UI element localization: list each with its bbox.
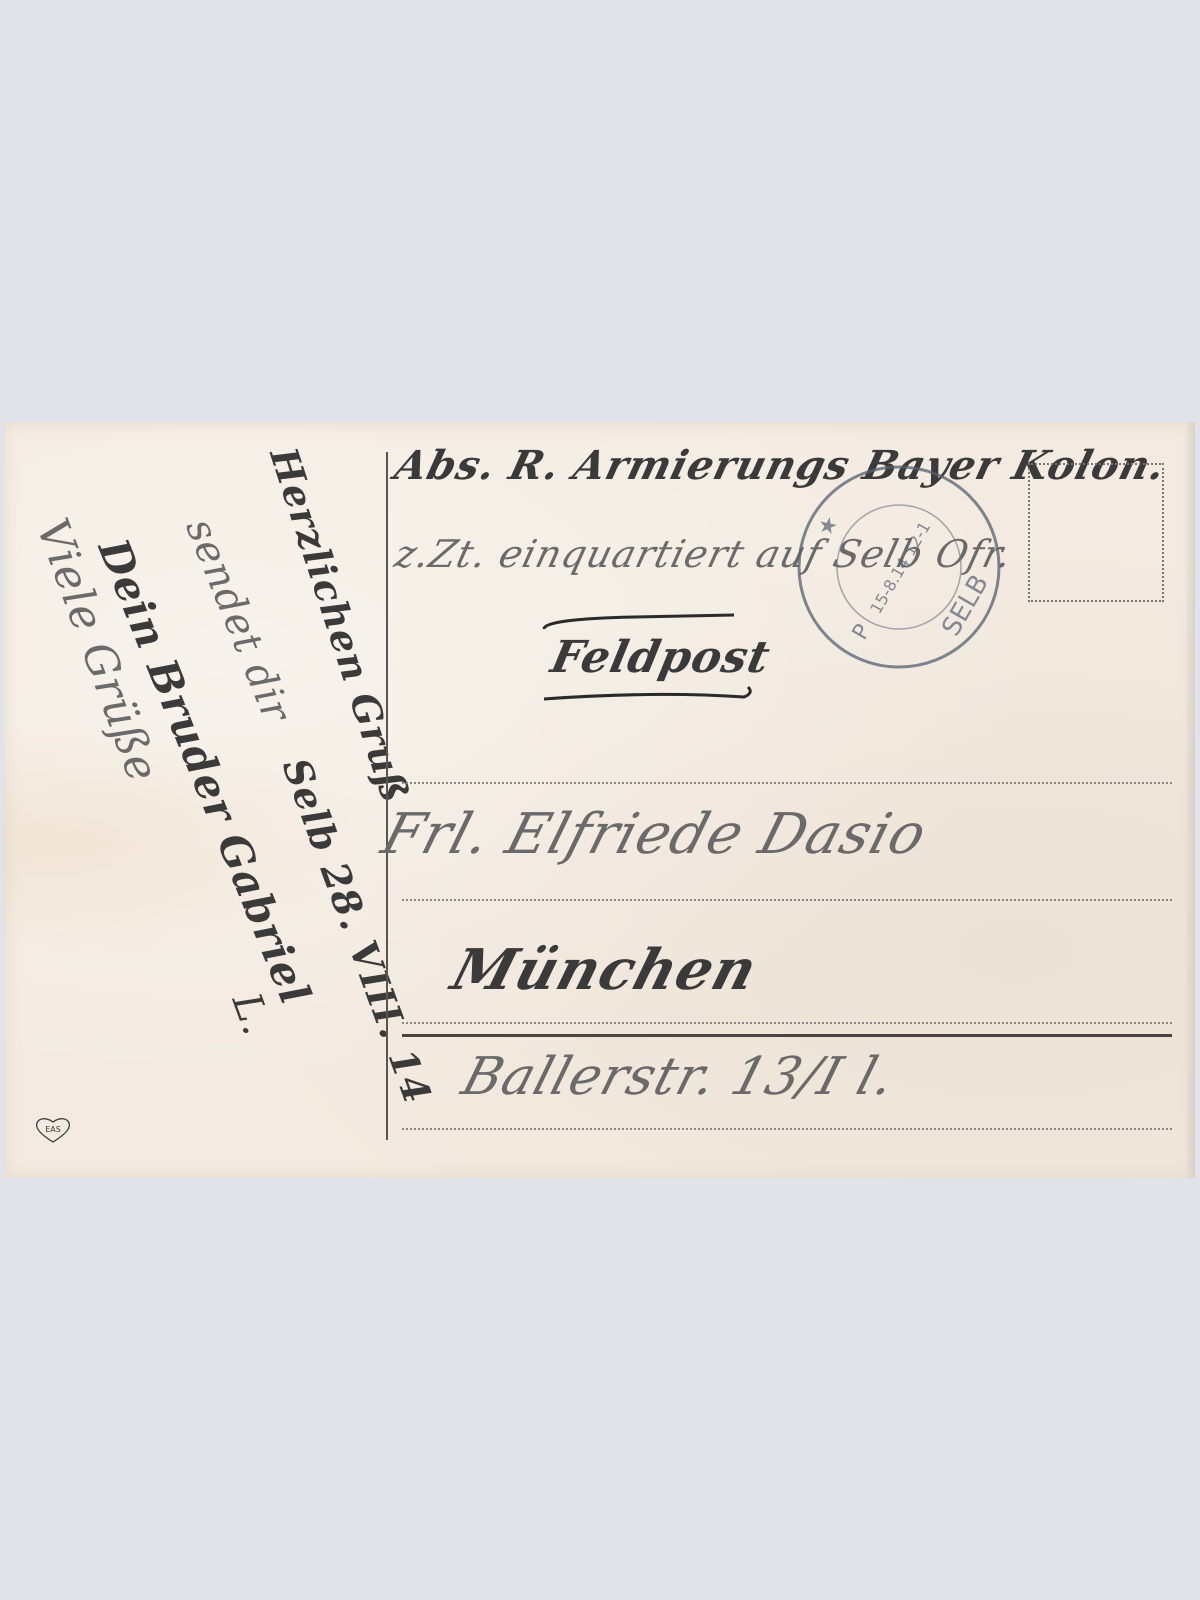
publisher-heart-logo-icon: EAS xyxy=(34,1116,72,1144)
card-divider-line xyxy=(386,452,388,1140)
recipient-city: München xyxy=(445,937,766,1003)
svg-text:EAS: EAS xyxy=(45,1125,61,1134)
feldpost-underline-icon xyxy=(534,607,764,717)
svg-text:15-8.14 12-1: 15-8.14 12-1 xyxy=(866,518,934,617)
recipient-street: Ballerstr. 13/I l. xyxy=(455,1047,902,1107)
svg-text:P: P xyxy=(848,620,876,644)
address-line-2 xyxy=(402,899,1172,901)
postmark-stamp: ★ SELB P 15-8.14 12-1 xyxy=(794,462,1004,672)
address-separator-line xyxy=(402,1034,1172,1037)
postcard: Herzlichen Gruß sendet dir Dein Bruder G… xyxy=(4,422,1195,1178)
svg-text:★: ★ xyxy=(813,511,845,541)
svg-text:SELB: SELB xyxy=(936,570,995,642)
address-line-4 xyxy=(402,1128,1172,1130)
address-line-3 xyxy=(402,1022,1172,1024)
stamp-placeholder-box xyxy=(1028,463,1164,602)
address-line-1 xyxy=(402,782,1172,784)
recipient-name: Frl. Elfriede Dasio xyxy=(375,802,935,867)
